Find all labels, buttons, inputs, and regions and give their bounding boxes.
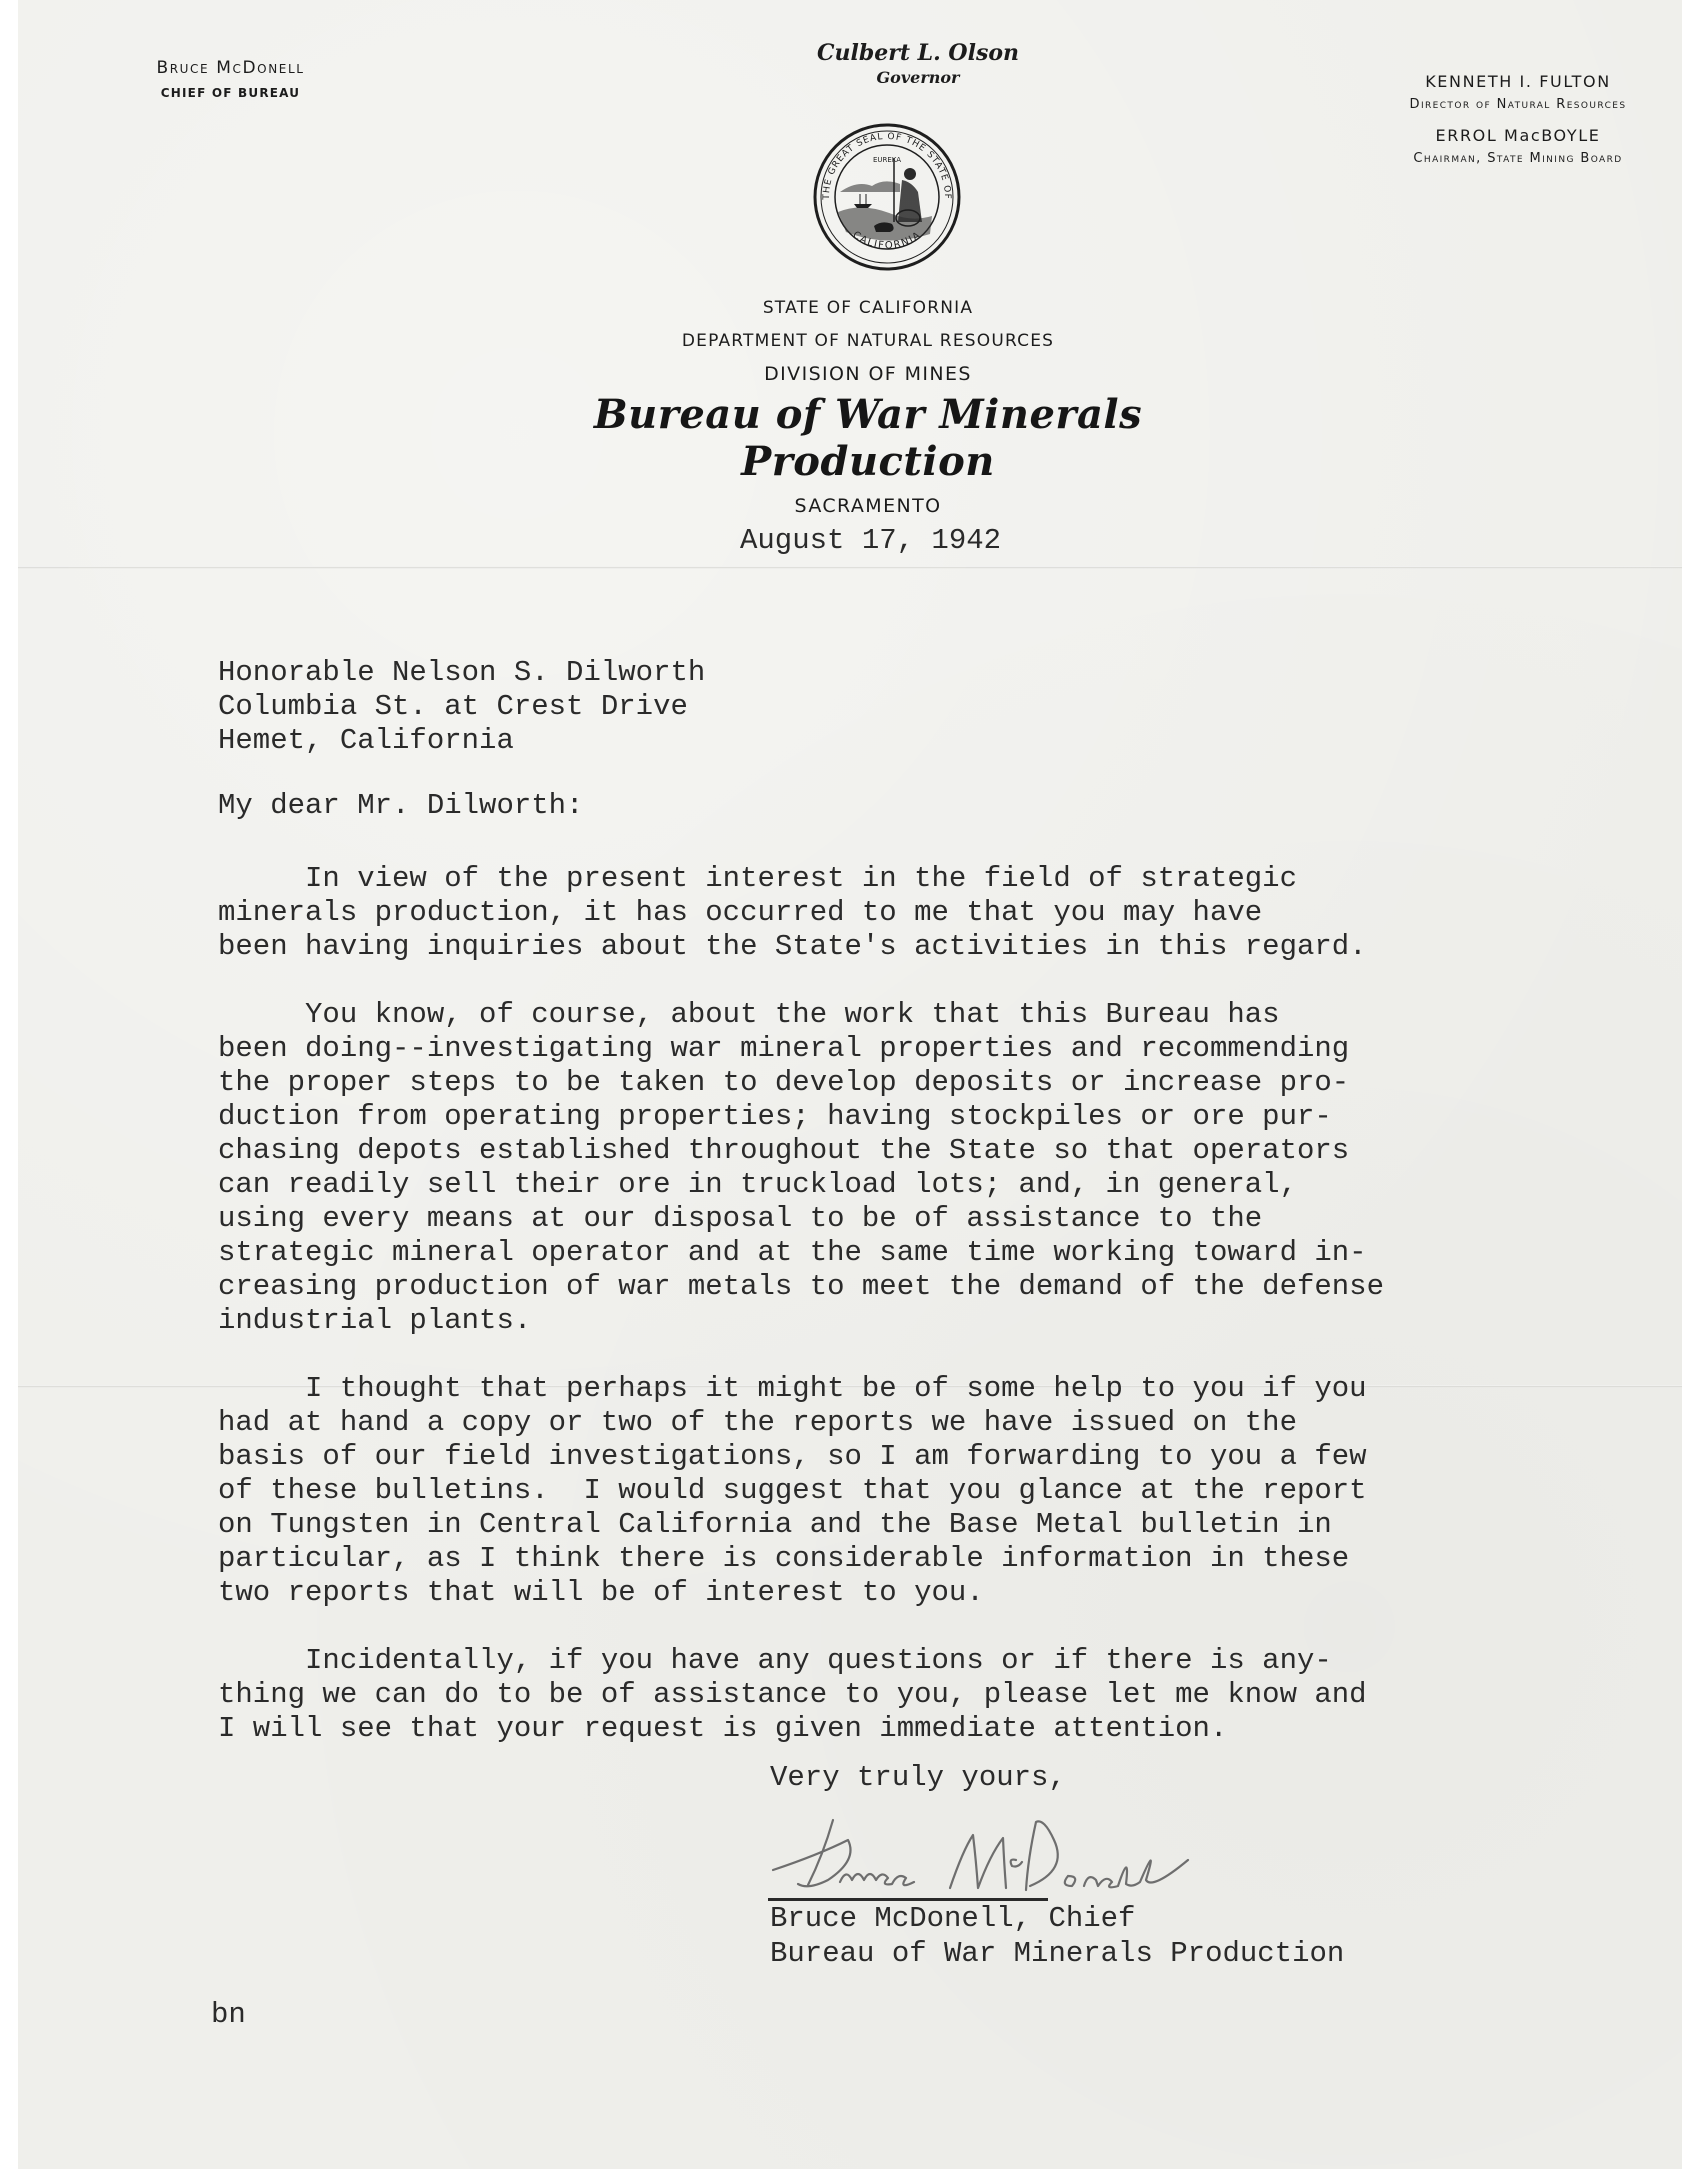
chairman-name: ERROL MacBOYLE xyxy=(1348,126,1688,145)
letter-date: August 17, 1942 xyxy=(740,524,1001,558)
department-line: DEPARTMENT OF NATURAL RESOURCES xyxy=(468,331,1268,351)
handwritten-signature: Bruce McDonell xyxy=(768,1800,1328,1900)
city-line: SACRAMENTO xyxy=(468,495,1268,517)
body-paragraph: I thought that perhaps it might be of so… xyxy=(218,1372,1558,1610)
director-name: KENNETH I. FULTON xyxy=(1348,72,1688,91)
letterhead-left: Bruce McDonell CHIEF OF BUREAU xyxy=(118,58,343,100)
letterhead-right: KENNETH I. FULTON Director of Natural Re… xyxy=(1348,72,1688,166)
address-line: Hemet, California xyxy=(218,724,705,758)
governor-name: Culbert L. Olson xyxy=(718,40,1118,66)
recipient-address: Honorable Nelson S. Dilworth Columbia St… xyxy=(218,656,705,758)
california-state-seal-icon: THE GREAT SEAL OF THE STATE OF CALIFORNI… xyxy=(812,122,962,272)
division-line: DIVISION OF MINES xyxy=(468,363,1268,385)
governor-title: Governor xyxy=(718,68,1118,87)
chief-title: CHIEF OF BUREAU xyxy=(118,86,343,100)
chief-name: Bruce McDonell xyxy=(118,58,343,78)
letterhead-governor: Culbert L. Olson Governor xyxy=(718,40,1118,87)
typist-initials: bn xyxy=(211,1998,246,2032)
body-paragraph: In view of the present interest in the f… xyxy=(218,862,1558,964)
letter-body: In view of the present interest in the f… xyxy=(218,862,1558,1746)
state-line: STATE OF CALIFORNIA xyxy=(468,298,1268,318)
address-line: Honorable Nelson S. Dilworth xyxy=(218,656,705,690)
signer-title: Bureau of War Minerals Production xyxy=(770,1937,1344,1971)
signer-name: Bruce McDonell, Chief xyxy=(770,1902,1135,1936)
director-title: Director of Natural Resources xyxy=(1348,97,1688,112)
salutation: My dear Mr. Dilworth: xyxy=(218,789,583,823)
signature-line xyxy=(768,1898,1048,1901)
svg-text:EUREKA: EUREKA xyxy=(873,156,901,164)
fold-crease xyxy=(18,566,1682,569)
body-paragraph: Incidentally, if you have any questions … xyxy=(218,1644,1558,1746)
body-paragraph: You know, of course, about the work that… xyxy=(218,998,1558,1338)
letter-page: Bruce McDonell CHIEF OF BUREAU Culbert L… xyxy=(18,0,1682,2169)
address-line: Columbia St. at Crest Drive xyxy=(218,690,705,724)
bureau-name: Bureau of War Minerals Production xyxy=(468,391,1268,485)
chairman-title: Chairman, State Mining Board xyxy=(1348,151,1688,166)
closing: Very truly yours, xyxy=(770,1761,1066,1795)
letterhead-center: STATE OF CALIFORNIA DEPARTMENT OF NATURA… xyxy=(468,298,1268,517)
